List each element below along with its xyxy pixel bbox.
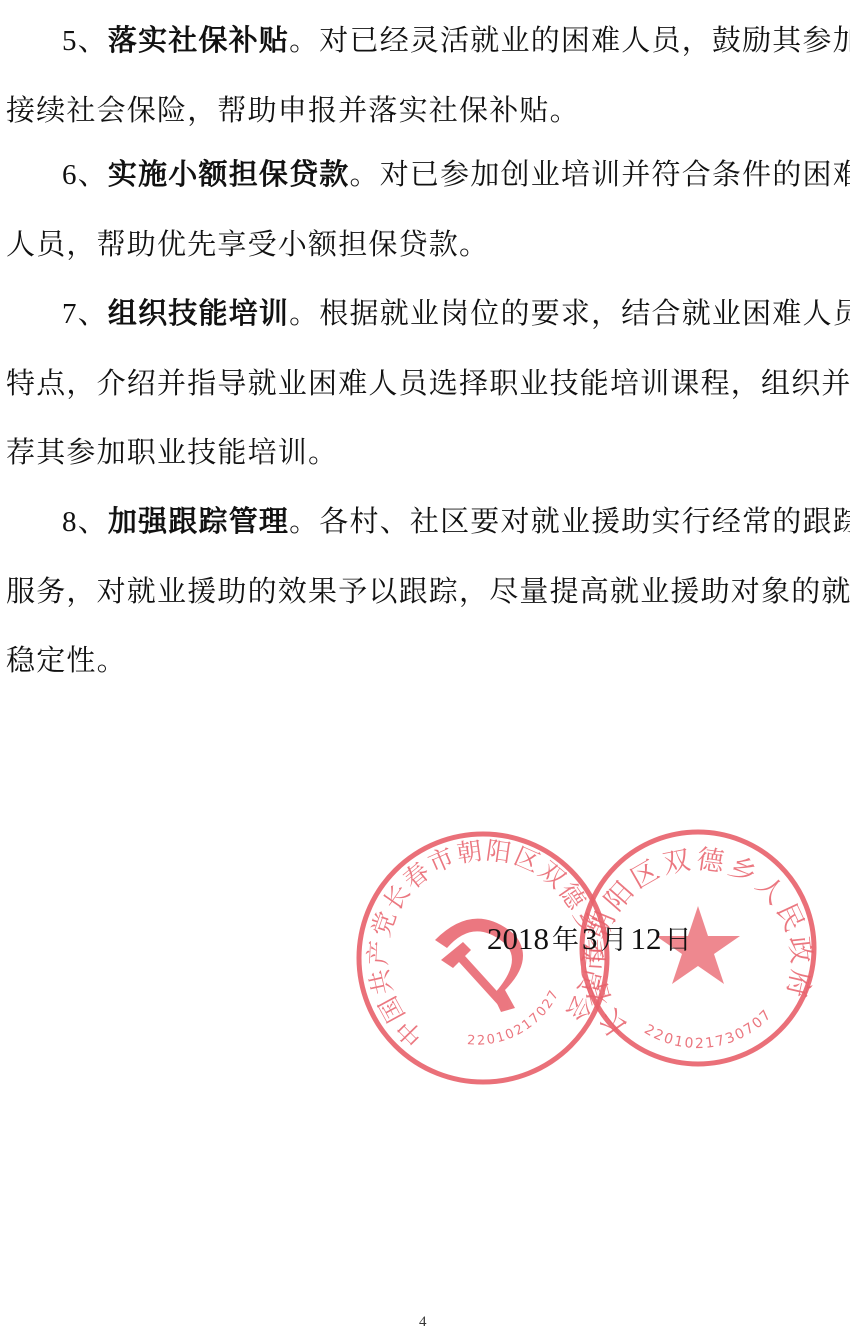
paragraph-line: 8、加强跟踪管理。各村、社区要对就业援助实行经常的跟踪 <box>6 487 846 557</box>
paragraph-line: 荐其参加职业技能培训。 <box>6 418 846 487</box>
paragraph-line: 人员，帮助优先享受小额担保贷款。 <box>6 210 846 279</box>
item-heading: 实施小额担保贷款 <box>108 157 350 191</box>
item-heading: 组织技能培训 <box>108 296 289 330</box>
party-committee-seal: 中国共产党长春市朝阳区双德乡委员会 22010217027 <box>355 830 611 1086</box>
paragraph-line: 6、实施小额担保贷款。对已参加创业培训并符合条件的困难 <box>6 140 846 210</box>
item-heading: 加强跟踪管理 <box>108 504 289 538</box>
date-day-char: 日 <box>665 925 692 956</box>
paragraph-8: 8、加强跟踪管理。各村、社区要对就业援助实行经常的跟踪 服务，对就业援助的效果予… <box>6 487 846 695</box>
page-number: 4 <box>419 1314 427 1331</box>
item-text: 。根据就业岗位的要求，结合就业困难人员的 <box>289 296 850 330</box>
item-text: 。各村、社区要对就业援助实行经常的跟踪 <box>289 504 850 538</box>
item-text: 。对已参加创业培训并符合条件的困难 <box>350 157 850 191</box>
item-heading: 落实社保补贴 <box>108 23 289 57</box>
paragraph-line: 接续社会保险，帮助申报并落实社保补贴。 <box>6 76 846 145</box>
paragraph-line: 特点，介绍并指导就业困难人员选择职业技能培训课程，组织并推 <box>6 349 846 418</box>
paragraph-line: 5、落实社保补贴。对已经灵活就业的困难人员，鼓励其参加或 <box>6 6 846 76</box>
date-month: 3 <box>582 921 598 956</box>
signature-date: 2018年3月12日 <box>487 918 695 957</box>
seal-code: 22010217027 <box>467 987 563 1049</box>
date-year-char: 年 <box>552 925 579 956</box>
paragraph-5: 5、落实社保补贴。对已经灵活就业的困难人员，鼓励其参加或 接续社会保险，帮助申报… <box>6 6 846 145</box>
paragraph-7: 7、组织技能培训。根据就业岗位的要求，结合就业困难人员的 特点，介绍并指导就业困… <box>6 279 846 487</box>
paragraph-6: 6、实施小额担保贷款。对已参加创业培训并符合条件的困难 人员，帮助优先享受小额担… <box>6 140 846 279</box>
paragraph-line: 稳定性。 <box>6 626 846 695</box>
item-number: 6、 <box>62 159 108 191</box>
item-text: 。对已经灵活就业的困难人员，鼓励其参加或 <box>289 23 850 57</box>
seal-code: 2201021730707 <box>641 1006 775 1052</box>
paragraph-line: 服务，对就业援助的效果予以跟踪，尽量提高就业援助对象的就业 <box>6 557 846 626</box>
date-day: 12 <box>631 921 662 956</box>
paragraph-line: 7、组织技能培训。根据就业岗位的要求，结合就业困难人员的 <box>6 279 846 349</box>
date-month-char: 月 <box>601 925 628 956</box>
item-number: 7、 <box>62 298 108 330</box>
document-page: 5、落实社保补贴。对已经灵活就业的困难人员，鼓励其参加或 接续社会保险，帮助申报… <box>0 0 850 1340</box>
item-number: 8、 <box>62 506 108 538</box>
date-year: 2018 <box>487 921 549 956</box>
svg-text:2201021730707: 2201021730707 <box>641 1006 775 1052</box>
svg-text:22010217027: 22010217027 <box>467 987 563 1049</box>
item-number: 5、 <box>62 25 108 57</box>
